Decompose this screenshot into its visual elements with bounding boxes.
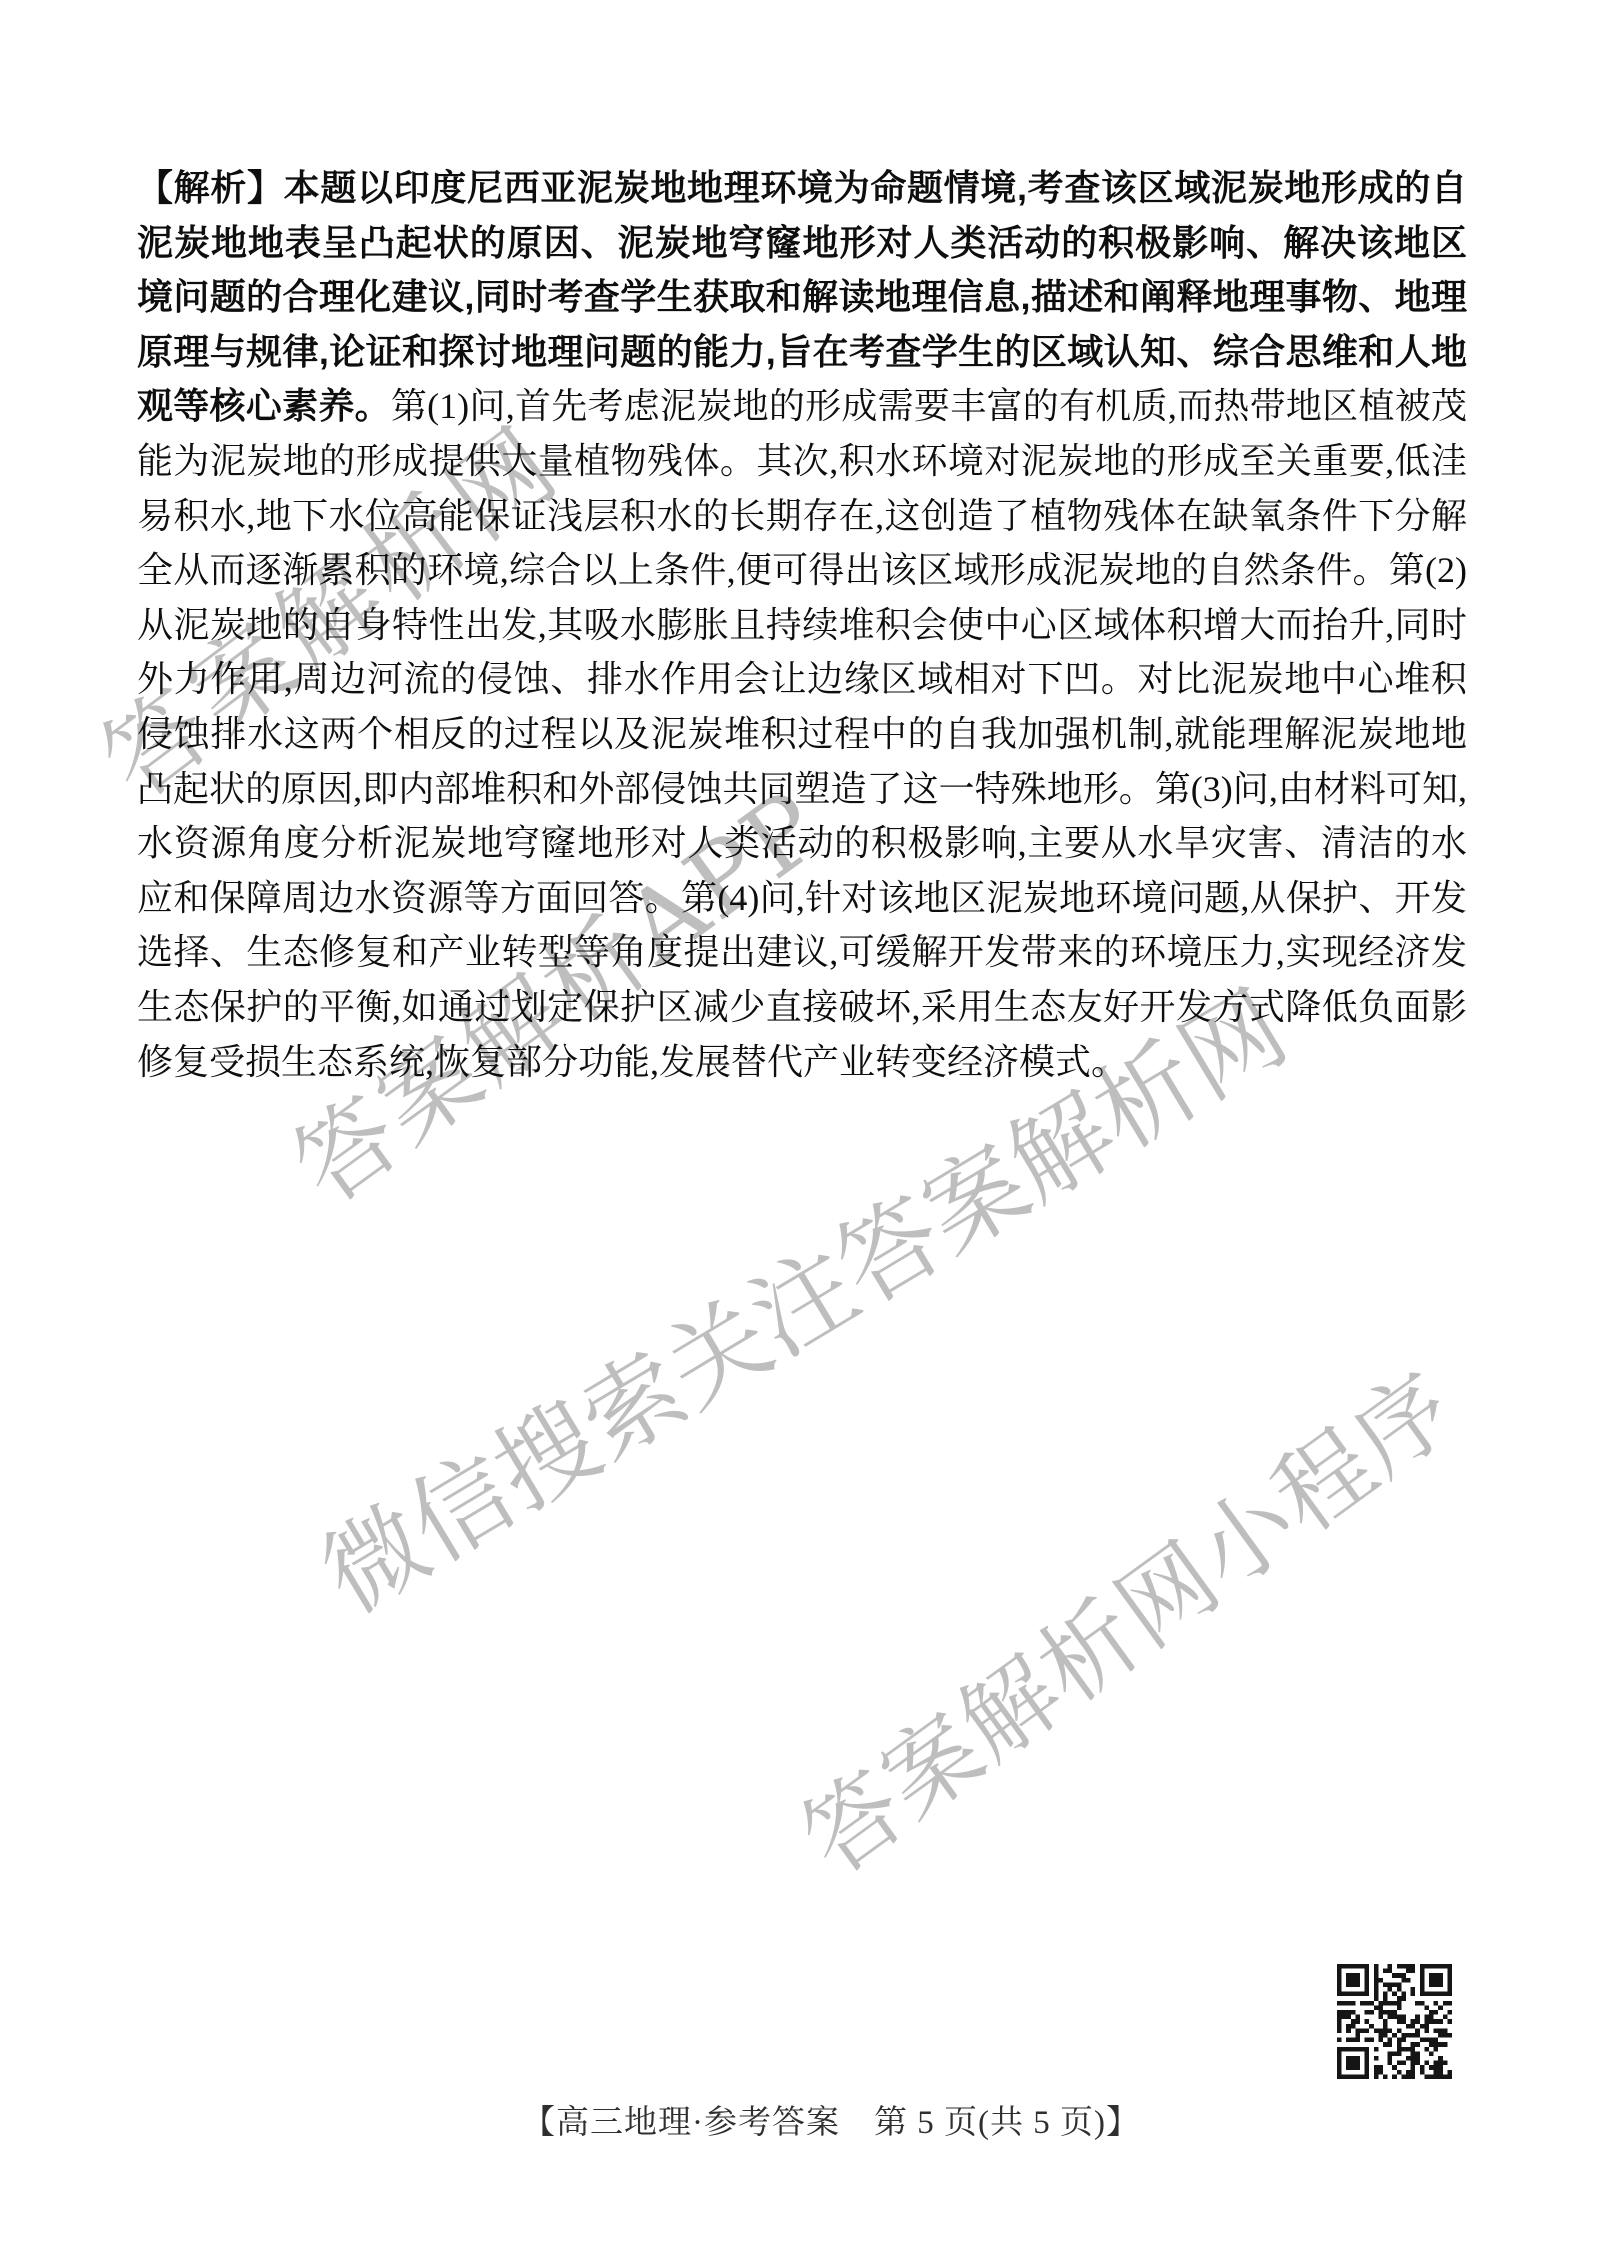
analysis-normal-segment: 生态保护的平衡,如通过划定保护区减少直接破坏,采用生态友好开发方式降低负面影响, <box>137 987 1467 1035</box>
qr-code <box>1337 1964 1452 2079</box>
analysis-normal-segment: 易积水,地下水位高能保证浅层积水的长期存在,这创造了植物残体在缺氧条件下分解不完 <box>137 496 1467 544</box>
analysis-line: 选择、生态修复和产业转型等角度提出建议,可缓解开发带来的环境压力,实现经济发展与 <box>137 925 1467 980</box>
analysis-line: 境问题的合理化建议,同时考查学生获取和解读地理信息,描述和阐释地理事物、地理基本 <box>137 270 1467 325</box>
exam-answer-page: 答案解析网答案解析APP微信搜索关注答案解析网答案解析网小程序 【解析】本题以印… <box>0 0 1602 2252</box>
analysis-normal-segment: 应和保障周边水资源等方面回答。第(4)问,针对该地区泥炭地环境问题,从保护、开发… <box>137 878 1467 926</box>
analysis-normal-segment: 凸起状的原因,即内部堆积和外部侵蚀共同塑造了这一特殊地形。第(3)问,由材料可知… <box>137 769 1467 817</box>
analysis-normal-segment: 外力作用,周边河流的侵蚀、排水作用会让边缘区域相对下凹。对比泥炭地中心堆积与边缘 <box>137 659 1467 707</box>
analysis-paragraph: 【解析】本题以印度尼西亚泥炭地地理环境为命题情境,考查该区域泥炭地形成的自然条件… <box>137 161 1467 1089</box>
analysis-line: 侵蚀排水这两个相反的过程以及泥炭堆积过程中的自我加强机制,就能理解泥炭地地表呈 <box>137 707 1467 762</box>
analysis-line: 易积水,地下水位高能保证浅层积水的长期存在,这创造了植物残体在缺氧条件下分解不完 <box>137 489 1467 544</box>
analysis-bold-segment: 境问题的合理化建议,同时考查学生获取和解读地理信息,描述和阐释地理事物、地理基本 <box>137 276 1467 325</box>
analysis-line: 水资源角度分析泥炭地穹窿地形对人类活动的积极影响,主要从水旱灾害、清洁的水资源供 <box>137 816 1467 871</box>
page-footer: 【高三地理·参考答案 第 5 页(共 5 页)】 <box>30 2096 1602 2143</box>
analysis-normal-segment: 选择、生态修复和产业转型等角度提出建议,可缓解开发带来的环境压力,实现经济发展与 <box>137 932 1467 980</box>
analysis-line: 能为泥炭地的形成提供大量植物残体。其次,积水环境对泥炭地的形成至关重要,低洼地势 <box>137 434 1467 489</box>
analysis-normal-segment: 从泥炭地的自身特性出发,其吸水膨胀且持续堆积会使中心区域体积增大而抬升,同时考虑 <box>137 605 1467 653</box>
analysis-normal-segment: 全从而逐渐累积的环境,综合以上条件,便可得出该区域形成泥炭地的自然条件。第(2)… <box>137 550 1467 598</box>
analysis-line: 全从而逐渐累积的环境,综合以上条件,便可得出该区域形成泥炭地的自然条件。第(2)… <box>137 543 1467 598</box>
analysis-normal-segment: 水资源角度分析泥炭地穹窿地形对人类活动的积极影响,主要从水旱灾害、清洁的水资源供 <box>137 823 1467 871</box>
watermark-text: 答案解析网小程序 <box>771 1334 1479 1900</box>
analysis-line: 修复受损生态系统,恢复部分功能,发展替代产业转变经济模式。 <box>137 1035 1467 1090</box>
analysis-line: 外力作用,周边河流的侵蚀、排水作用会让边缘区域相对下凹。对比泥炭地中心堆积与边缘 <box>137 652 1467 707</box>
analysis-normal-segment: 修复受损生态系统,恢复部分功能,发展替代产业转变经济模式。 <box>137 1042 1127 1082</box>
analysis-line: 【解析】本题以印度尼西亚泥炭地地理环境为命题情境,考查该区域泥炭地形成的自然条件… <box>137 161 1467 216</box>
analysis-bold-segment: 【解析】本题以印度尼西亚泥炭地地理环境为命题情境,考查该区域泥炭地形成的自然条件… <box>137 167 1467 216</box>
analysis-bold-segment: 观等核心素养。 <box>137 385 391 426</box>
analysis-line: 从泥炭地的自身特性出发,其吸水膨胀且持续堆积会使中心区域体积增大而抬升,同时考虑 <box>137 598 1467 653</box>
analysis-line: 凸起状的原因,即内部堆积和外部侵蚀共同塑造了这一特殊地形。第(3)问,由材料可知… <box>137 762 1467 817</box>
analysis-normal-segment: 侵蚀排水这两个相反的过程以及泥炭堆积过程中的自我加强机制,就能理解泥炭地地表呈 <box>137 714 1467 762</box>
analysis-line: 泥炭地地表呈凸起状的原因、泥炭地穹窿地形对人类活动的积极影响、解决该地区泥炭地环 <box>137 216 1467 271</box>
analysis-bold-segment: 泥炭地地表呈凸起状的原因、泥炭地穹窿地形对人类活动的积极影响、解决该地区泥炭地环 <box>137 222 1467 271</box>
analysis-line: 原理与规律,论证和探讨地理问题的能力,旨在考查学生的区域认知、综合思维和人地协调 <box>137 325 1467 380</box>
analysis-normal-segment: 能为泥炭地的形成提供大量植物残体。其次,积水环境对泥炭地的形成至关重要,低洼地势 <box>137 441 1467 489</box>
analysis-line: 生态保护的平衡,如通过划定保护区减少直接破坏,采用生态友好开发方式降低负面影响, <box>137 980 1467 1035</box>
analysis-bold-segment: 原理与规律,论证和探讨地理问题的能力,旨在考查学生的区域认知、综合思维和人地协调 <box>137 331 1467 380</box>
analysis-line: 应和保障周边水资源等方面回答。第(4)问,针对该地区泥炭地环境问题,从保护、开发… <box>137 871 1467 926</box>
analysis-line: 观等核心素养。第(1)问,首先考虑泥炭地的形成需要丰富的有机质,而热带地区植被茂… <box>137 379 1467 434</box>
